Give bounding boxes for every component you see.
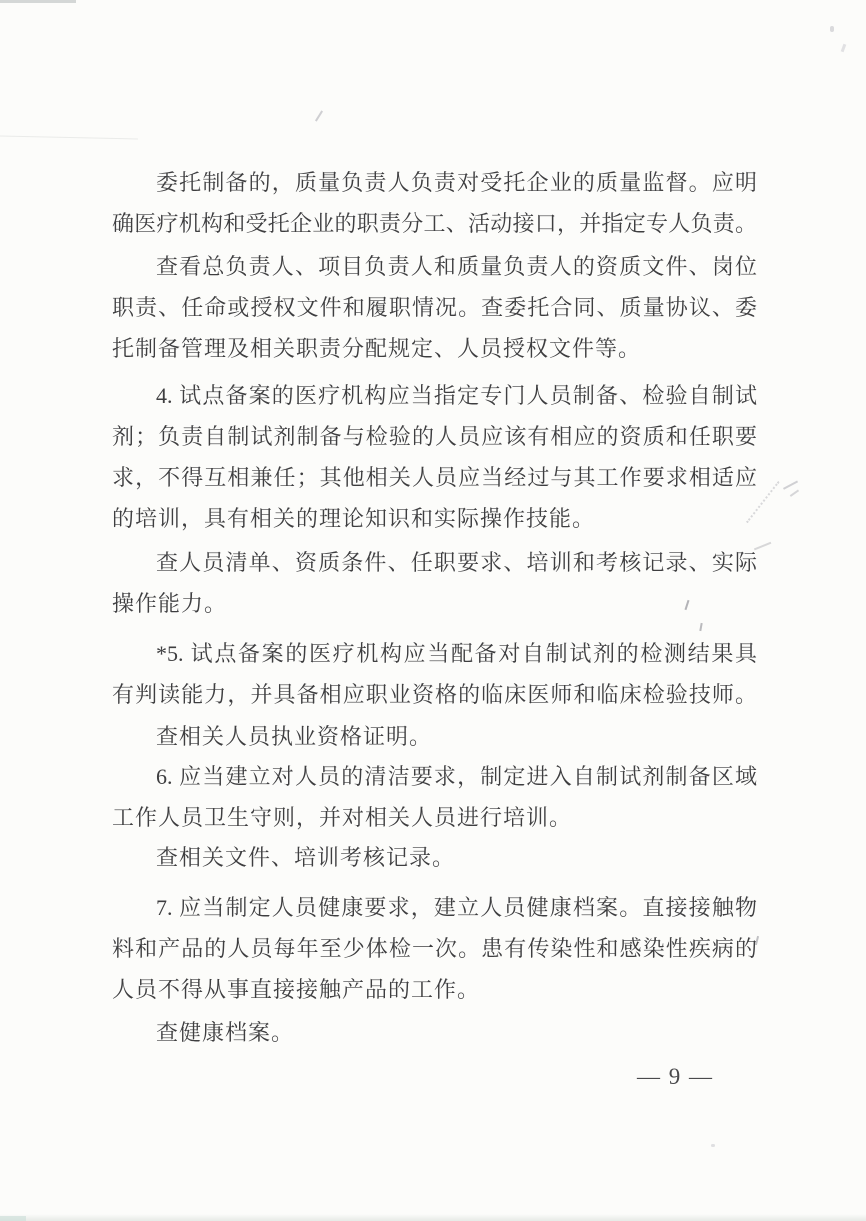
paragraph-5-item-star5: *5. 试点备案的医疗机构应当配备对自制试剂的检测结果具 有判读能力，并具备相应… [112, 633, 757, 715]
scan-mark-artifact [711, 1144, 715, 1147]
paragraph-7-item-6: 6. 应当建立对人员的清洁要求，制定进入自制试剂制备区域 工作人员卫生守则，并对… [112, 756, 757, 838]
text-line: 查看总负责人、项目负责人和质量负责人的资质文件、岗位 [112, 246, 757, 287]
text-line: 委托制备的，质量负责人负责对受托企业的质量监督。应明 [112, 162, 757, 203]
scan-edge-artifact [0, 1214, 866, 1221]
paragraph-1: 委托制备的，质量负责人负责对受托企业的质量监督。应明 确医疗机构和受托企业的职责… [112, 162, 757, 244]
paragraph-9-item-7: 7. 应当制定人员健康要求，建立人员健康档案。直接接触物 料和产品的人员每年至少… [112, 887, 757, 1010]
scan-mark-artifact [699, 623, 702, 631]
paragraph-8: 查相关文件、培训考核记录。 [112, 837, 757, 878]
text-line: 4. 试点备案的医疗机构应当指定专门人员制备、检验自制试 [112, 375, 757, 416]
text-line: 工作人员卫生守则，并对相关人员进行培训。 [112, 797, 757, 838]
scan-mark-artifact [315, 110, 323, 121]
paragraph-6: 查相关人员执业资格证明。 [112, 716, 757, 757]
page-number: — 9 — [637, 1062, 714, 1092]
scan-mark-artifact [790, 489, 800, 498]
text-line: *5. 试点备案的医疗机构应当配备对自制试剂的检测结果具 [112, 633, 757, 674]
text-line: 人员不得从事直接接触产品的工作。 [112, 969, 757, 1010]
scan-crease-artifact [0, 136, 138, 140]
text-line: 的培训，具有相关的理论知识和实际操作技能。 [112, 498, 757, 539]
text-line: 料和产品的人员每年至少体检一次。患有传染性和感染性疾病的 [112, 928, 757, 969]
scan-mark-artifact [783, 480, 799, 491]
paragraph-10: 查健康档案。 [112, 1012, 757, 1053]
text-line: 查相关文件、培训考核记录。 [112, 837, 757, 878]
paragraph-4: 查人员清单、资质条件、任职要求、培训和考核记录、实际 操作能力。 [112, 542, 757, 624]
scan-edge-artifact [0, 1216, 26, 1221]
text-line: 7. 应当制定人员健康要求，建立人员健康档案。直接接触物 [112, 887, 757, 928]
scan-mark-artifact [830, 26, 834, 32]
text-line: 6. 应当建立对人员的清洁要求，制定进入自制试剂制备区域 [112, 756, 757, 797]
text-line: 求，不得互相兼任；其他相关人员应当经过与其工作要求相适应 [112, 457, 757, 498]
text-line: 操作能力。 [112, 583, 757, 624]
text-line: 剂；负责自制试剂制备与检验的人员应该有相应的资质和任职要 [112, 416, 757, 457]
text-line: 有判读能力，并具备相应职业资格的临床医师和临床检验技师。 [112, 674, 757, 715]
text-line: 托制备管理及相关职责分配规定、人员授权文件等。 [112, 328, 757, 369]
paragraph-2: 查看总负责人、项目负责人和质量负责人的资质文件、岗位 职责、任命或授权文件和履职… [112, 246, 757, 369]
text-line: 确医疗机构和受托企业的职责分工、活动接口，并指定专人负责。 [112, 203, 757, 244]
paragraph-3-item-4: 4. 试点备案的医疗机构应当指定专门人员制备、检验自制试 剂；负责自制试剂制备与… [112, 375, 757, 539]
scanned-document-page: 委托制备的，质量负责人负责对受托企业的质量监督。应明 确医疗机构和受托企业的职责… [0, 0, 866, 1221]
text-line: 查健康档案。 [112, 1012, 757, 1053]
scan-edge-artifact [0, 0, 76, 3]
text-line: 查相关人员执业资格证明。 [112, 716, 757, 757]
text-line: 职责、任命或授权文件和履职情况。查委托合同、质量协议、委 [112, 287, 757, 328]
text-line: 查人员清单、资质条件、任职要求、培训和考核记录、实际 [112, 542, 757, 583]
scan-mark-artifact [841, 44, 847, 53]
